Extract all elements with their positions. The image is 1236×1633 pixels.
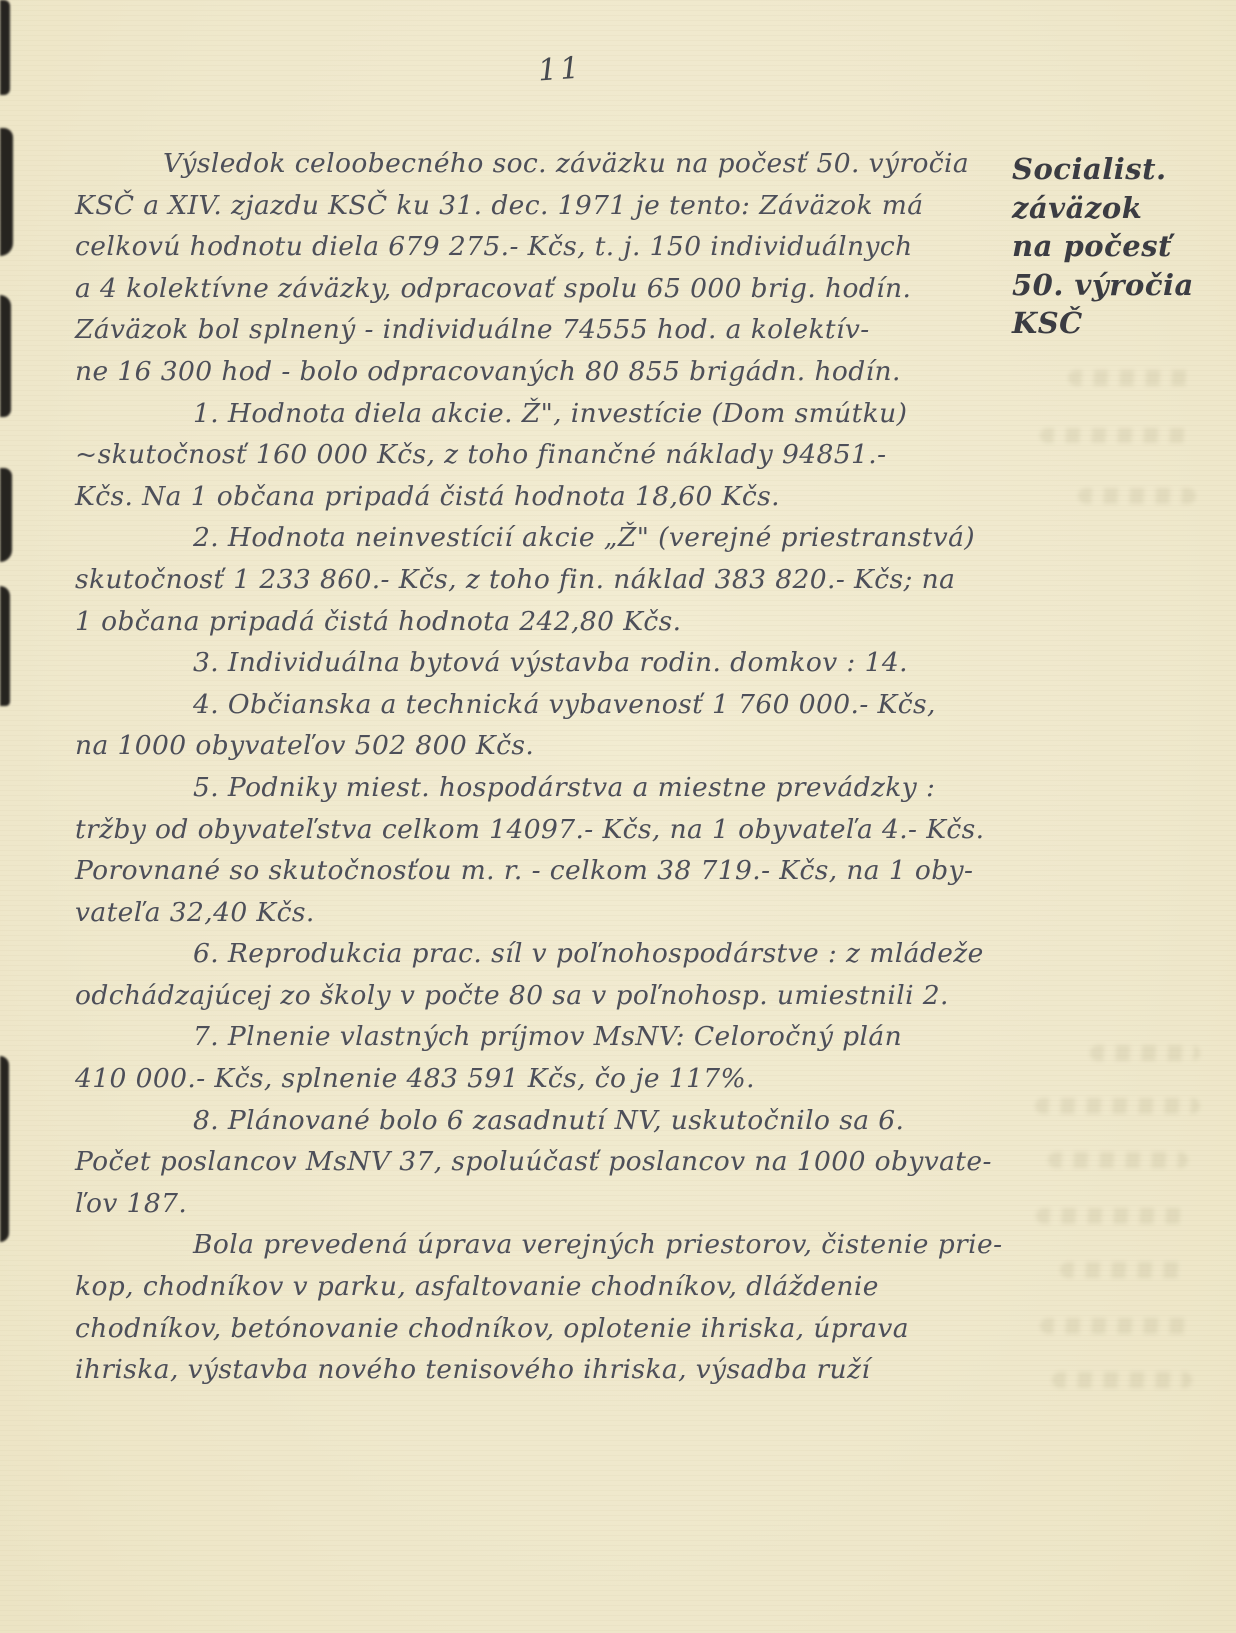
body-line: Výsledok celoobecného soc. záväzku na po… [75, 143, 1020, 185]
binding-edge-mark [0, 0, 10, 95]
body-line: Počet poslancov MsNV 37, spoluúčasť posl… [75, 1141, 1020, 1183]
body-line: Bola prevedená úprava verejných priestor… [75, 1224, 1020, 1266]
binding-edge-mark [0, 586, 10, 706]
margin-note-line: KSČ [1012, 304, 1212, 343]
body-line: Kčs. Na 1 občana pripadá čistá hodnota 1… [75, 476, 1020, 518]
body-line: vateľa 32,40 Kčs. [75, 892, 1020, 934]
body-line: skutočnosť 1 233 860.- Kčs, z toho fin. … [75, 559, 1020, 601]
body-line: KSČ a XIV. zjazdu KSČ ku 31. dec. 1971 j… [75, 185, 1020, 227]
body-line: tržby od obyvateľstva celkom 14097.- Kčs… [75, 809, 1020, 851]
body-line: odchádzajúcej zo školy v počte 80 sa v p… [75, 975, 1020, 1017]
body-line: 5. Podniky miest. hospodárstva a miestne… [75, 767, 1020, 809]
body-line: kop, chodníkov v parku, asfaltovanie cho… [75, 1266, 1020, 1308]
body-line: 2. Hodnota neinvestícií akcie „Ž" (verej… [75, 517, 1020, 559]
margin-note-line: 50. výročia [1012, 266, 1212, 305]
margin-note: Socialist. záväzok na počesť 50. výročia… [1012, 150, 1212, 343]
body-line: 410 000.- Kčs, splnenie 483 591 Kčs, čo … [75, 1058, 1020, 1100]
body-line: 1. Hodnota diela akcie. Ž", investície (… [75, 393, 1020, 435]
body-line: 1 občana pripadá čistá hodnota 242,80 Kč… [75, 601, 1020, 643]
binding-edge-mark [0, 468, 12, 562]
body-line: 3. Individuálna bytová výstavba rodin. d… [75, 642, 1020, 684]
body-line: Porovnané so skutočnosťou m. r. - celkom… [75, 850, 1020, 892]
binding-edge-mark [0, 1056, 9, 1242]
body-line: 8. Plánované bolo 6 zasadnutí NV, uskuto… [75, 1100, 1020, 1142]
body-line: ne 16 300 hod - bolo odpracovaných 80 85… [75, 351, 1020, 393]
body-line: ihriska, výstavba nového tenisového ihri… [75, 1349, 1020, 1391]
body-line: Záväzok bol splnený - individuálne 74555… [75, 309, 1020, 351]
body-line: celkovú hodnotu diela 679 275.- Kčs, t. … [75, 226, 1020, 268]
margin-note-line: záväzok [1012, 189, 1212, 228]
body-line: 4. Občianska a technická vybavenosť 1 76… [75, 684, 1020, 726]
binding-edge-mark [0, 295, 11, 417]
margin-note-line: Socialist. [1012, 150, 1212, 189]
margin-note-line: na počesť [1012, 227, 1212, 266]
body-line: ~skutočnosť 160 000 Kčs, z toho finančné… [75, 434, 1020, 476]
binding-edge-mark [0, 128, 13, 256]
body-line: chodníkov, betónovanie chodníkov, oplote… [75, 1308, 1020, 1350]
body-line: ľov 187. [75, 1183, 1020, 1225]
body-line: na 1000 obyvateľov 502 800 Kčs. [75, 725, 1020, 767]
body-line: 6. Reprodukcia prac. síl v poľnohospodár… [75, 933, 1020, 975]
body-line: a 4 kolektívne záväzky, odpracovať spolu… [75, 268, 1020, 310]
page-number: 11 [537, 51, 584, 89]
body-line: 7. Plnenie vlastných príjmov MsNV: Celor… [75, 1016, 1020, 1058]
handwritten-body: Výsledok celoobecného soc. záväzku na po… [75, 143, 1020, 1391]
